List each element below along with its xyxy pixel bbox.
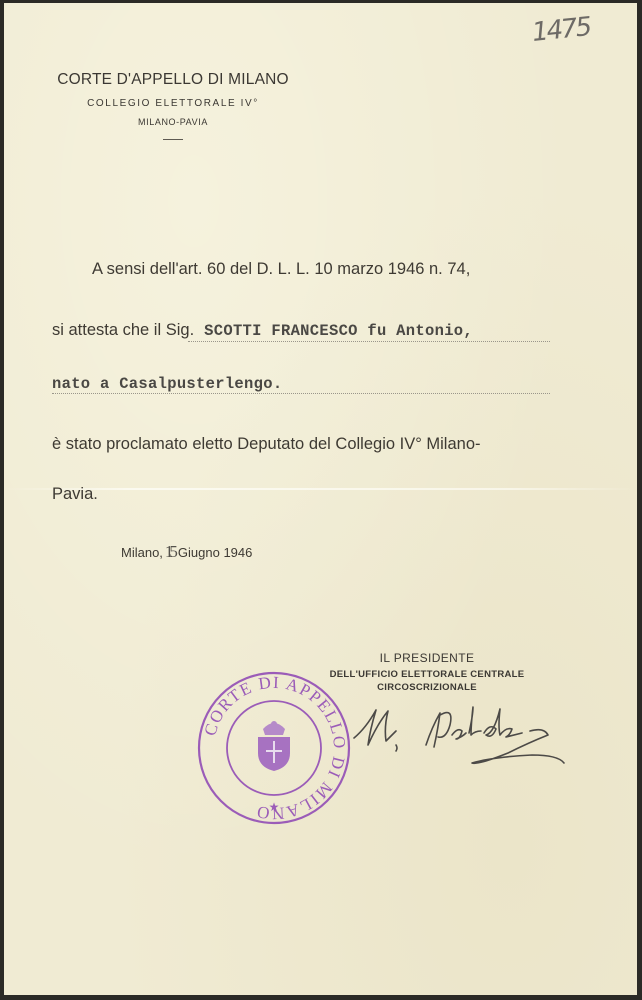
stamp-star-icon: ★ — [269, 800, 280, 814]
coat-of-arms-icon — [258, 721, 290, 771]
document-page: 1475 CORTE D'APPELLO DI MILANO COLLEGIO … — [4, 3, 637, 995]
body-line-1: A sensi dell'art. 60 del D. L. L. 10 mar… — [92, 260, 470, 279]
letterhead-location: MILANO-PAVIA — [48, 117, 298, 127]
letterhead-title: CORTE D'APPELLO DI MILANO — [48, 71, 298, 89]
date-place: Milano, — [121, 545, 163, 560]
date-line: Milano,15Giugno 1946 — [121, 542, 252, 562]
letterhead-rule — [163, 139, 183, 140]
signatory-block: IL PRESIDENTE DELL'UFFICIO ELETTORALE CE… — [322, 651, 532, 693]
body-line-2-prefix: si attesta che il Sig. — [52, 321, 194, 339]
signatory-office-1: DELL'UFFICIO ELETTORALE CENTRALE — [322, 669, 532, 680]
letterhead: CORTE D'APPELLO DI MILANO COLLEGIO ELETT… — [48, 71, 298, 140]
signatory-title: IL PRESIDENTE — [322, 651, 532, 665]
body-line-2: si attesta che il Sig.SCOTTI FRANCESCO f… — [52, 321, 473, 340]
court-stamp-icon: CORTE DI APPELLO DI MILANO ★ — [195, 669, 353, 827]
signature — [344, 693, 574, 783]
signatory-office-2: CIRCOSCRIZIONALE — [322, 682, 532, 693]
letterhead-subtitle: COLLEGIO ELETTORALE IV° — [48, 98, 298, 109]
date-month-year: Giugno 1946 — [178, 545, 252, 560]
candidate-name: SCOTTI FRANCESCO fu Antonio, — [204, 322, 473, 340]
fold-line — [4, 488, 637, 490]
date-day: 15 — [165, 542, 174, 561]
birthplace: nato a Casalpusterlengo. — [52, 375, 282, 393]
body-line-4: è stato proclamato eletto Deputato del C… — [52, 435, 481, 454]
birthplace-dotted-rule — [52, 393, 550, 394]
name-dotted-rule — [188, 341, 550, 342]
body-line-3: nato a Casalpusterlengo. — [52, 374, 282, 393]
archive-number: 1475 — [531, 12, 592, 48]
body-line-5: Pavia. — [52, 485, 98, 504]
